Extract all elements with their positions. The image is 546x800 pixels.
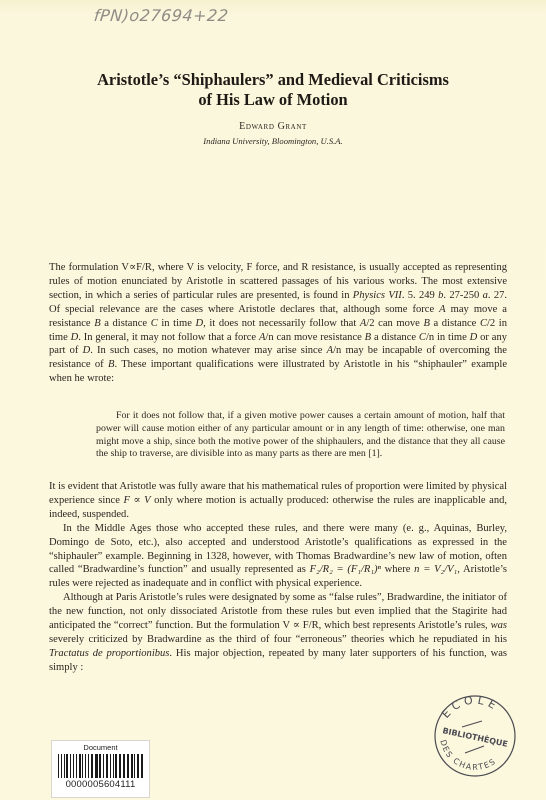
paragraphs-2-4: It is evident that Aristotle was fully a… bbox=[49, 480, 507, 675]
barcode-bar bbox=[95, 754, 98, 778]
author-affiliation: Indiana University, Bloomington, U.S.A. bbox=[40, 136, 506, 146]
barcode-bar bbox=[141, 754, 143, 778]
barcode-bar bbox=[137, 754, 139, 778]
barcode-bar bbox=[106, 754, 108, 778]
barcode-bar bbox=[76, 754, 77, 778]
paragraph-3: In the Middle Ages those who accepted th… bbox=[49, 522, 507, 592]
barcode-bar bbox=[61, 754, 62, 778]
stamp-middle-text: BIBLIOTHÈQUE bbox=[442, 724, 509, 749]
article-title: Aristotle’s “Shiphaulers” and Medieval C… bbox=[40, 70, 506, 110]
barcode-bar bbox=[91, 754, 93, 778]
barcode-bar bbox=[85, 754, 86, 778]
handwritten-shelfmark: fPN)o27694+22 bbox=[93, 6, 229, 25]
barcode-bar bbox=[64, 754, 65, 778]
scanned-page: fPN)o27694+22 Aristotle’s “Shiphaulers” … bbox=[0, 0, 546, 800]
stamp-top-text: ECOLE bbox=[439, 693, 501, 720]
barcode-bar bbox=[110, 754, 111, 778]
barcode-bar bbox=[103, 754, 104, 778]
barcode-bar bbox=[99, 754, 101, 778]
title-line-1: Aristotle’s “Shiphaulers” and Medieval C… bbox=[40, 70, 506, 90]
paragraph-2: It is evident that Aristotle was fully a… bbox=[49, 480, 507, 522]
barcode-bar bbox=[58, 754, 59, 778]
barcode-number: 0000005604111 bbox=[52, 779, 149, 790]
formula-f-prop-v: F ∝ V bbox=[123, 495, 150, 506]
barcode-label: Document 0000005604111 bbox=[51, 740, 150, 798]
formula-n: n = V₂/V₁ bbox=[414, 564, 457, 575]
barcode-bars bbox=[58, 754, 143, 778]
physics-reference: Physics VII bbox=[353, 290, 402, 301]
barcode-bar bbox=[79, 754, 81, 778]
treatise-title: Tractatus de proportionibus bbox=[49, 648, 169, 659]
barcode-bar bbox=[131, 754, 133, 778]
paragraph-4: Although at Paris Aristotle’s rules were… bbox=[49, 591, 507, 674]
barcode-bar bbox=[127, 754, 129, 778]
barcode-bar bbox=[66, 754, 68, 778]
paragraph-1: The formulation V∝F/R, where V is veloci… bbox=[49, 261, 507, 386]
barcode-bar bbox=[73, 754, 74, 778]
barcode-bar bbox=[70, 754, 71, 778]
barcode-bar bbox=[115, 754, 117, 778]
barcode-bar bbox=[88, 754, 89, 778]
barcode-caption: Document bbox=[52, 743, 149, 752]
barcode-bar bbox=[119, 754, 121, 778]
svg-text:ECOLE: ECOLE bbox=[439, 693, 501, 720]
barcode-bar bbox=[123, 754, 125, 778]
block-quote: For it does not follow that, if a given … bbox=[96, 410, 505, 461]
library-stamp: ECOLE BIBLIOTHÈQUE DES CHARTES bbox=[432, 693, 518, 779]
formula-bradwardine: F₂/R₂ = (F₁/R₁)ⁿ bbox=[310, 564, 381, 575]
barcode-bar bbox=[113, 754, 114, 778]
title-line-2: of His Law of Motion bbox=[40, 90, 506, 110]
barcode-bar bbox=[134, 754, 135, 778]
author-name: Edward Grant bbox=[40, 121, 506, 132]
barcode-bar bbox=[82, 754, 83, 778]
